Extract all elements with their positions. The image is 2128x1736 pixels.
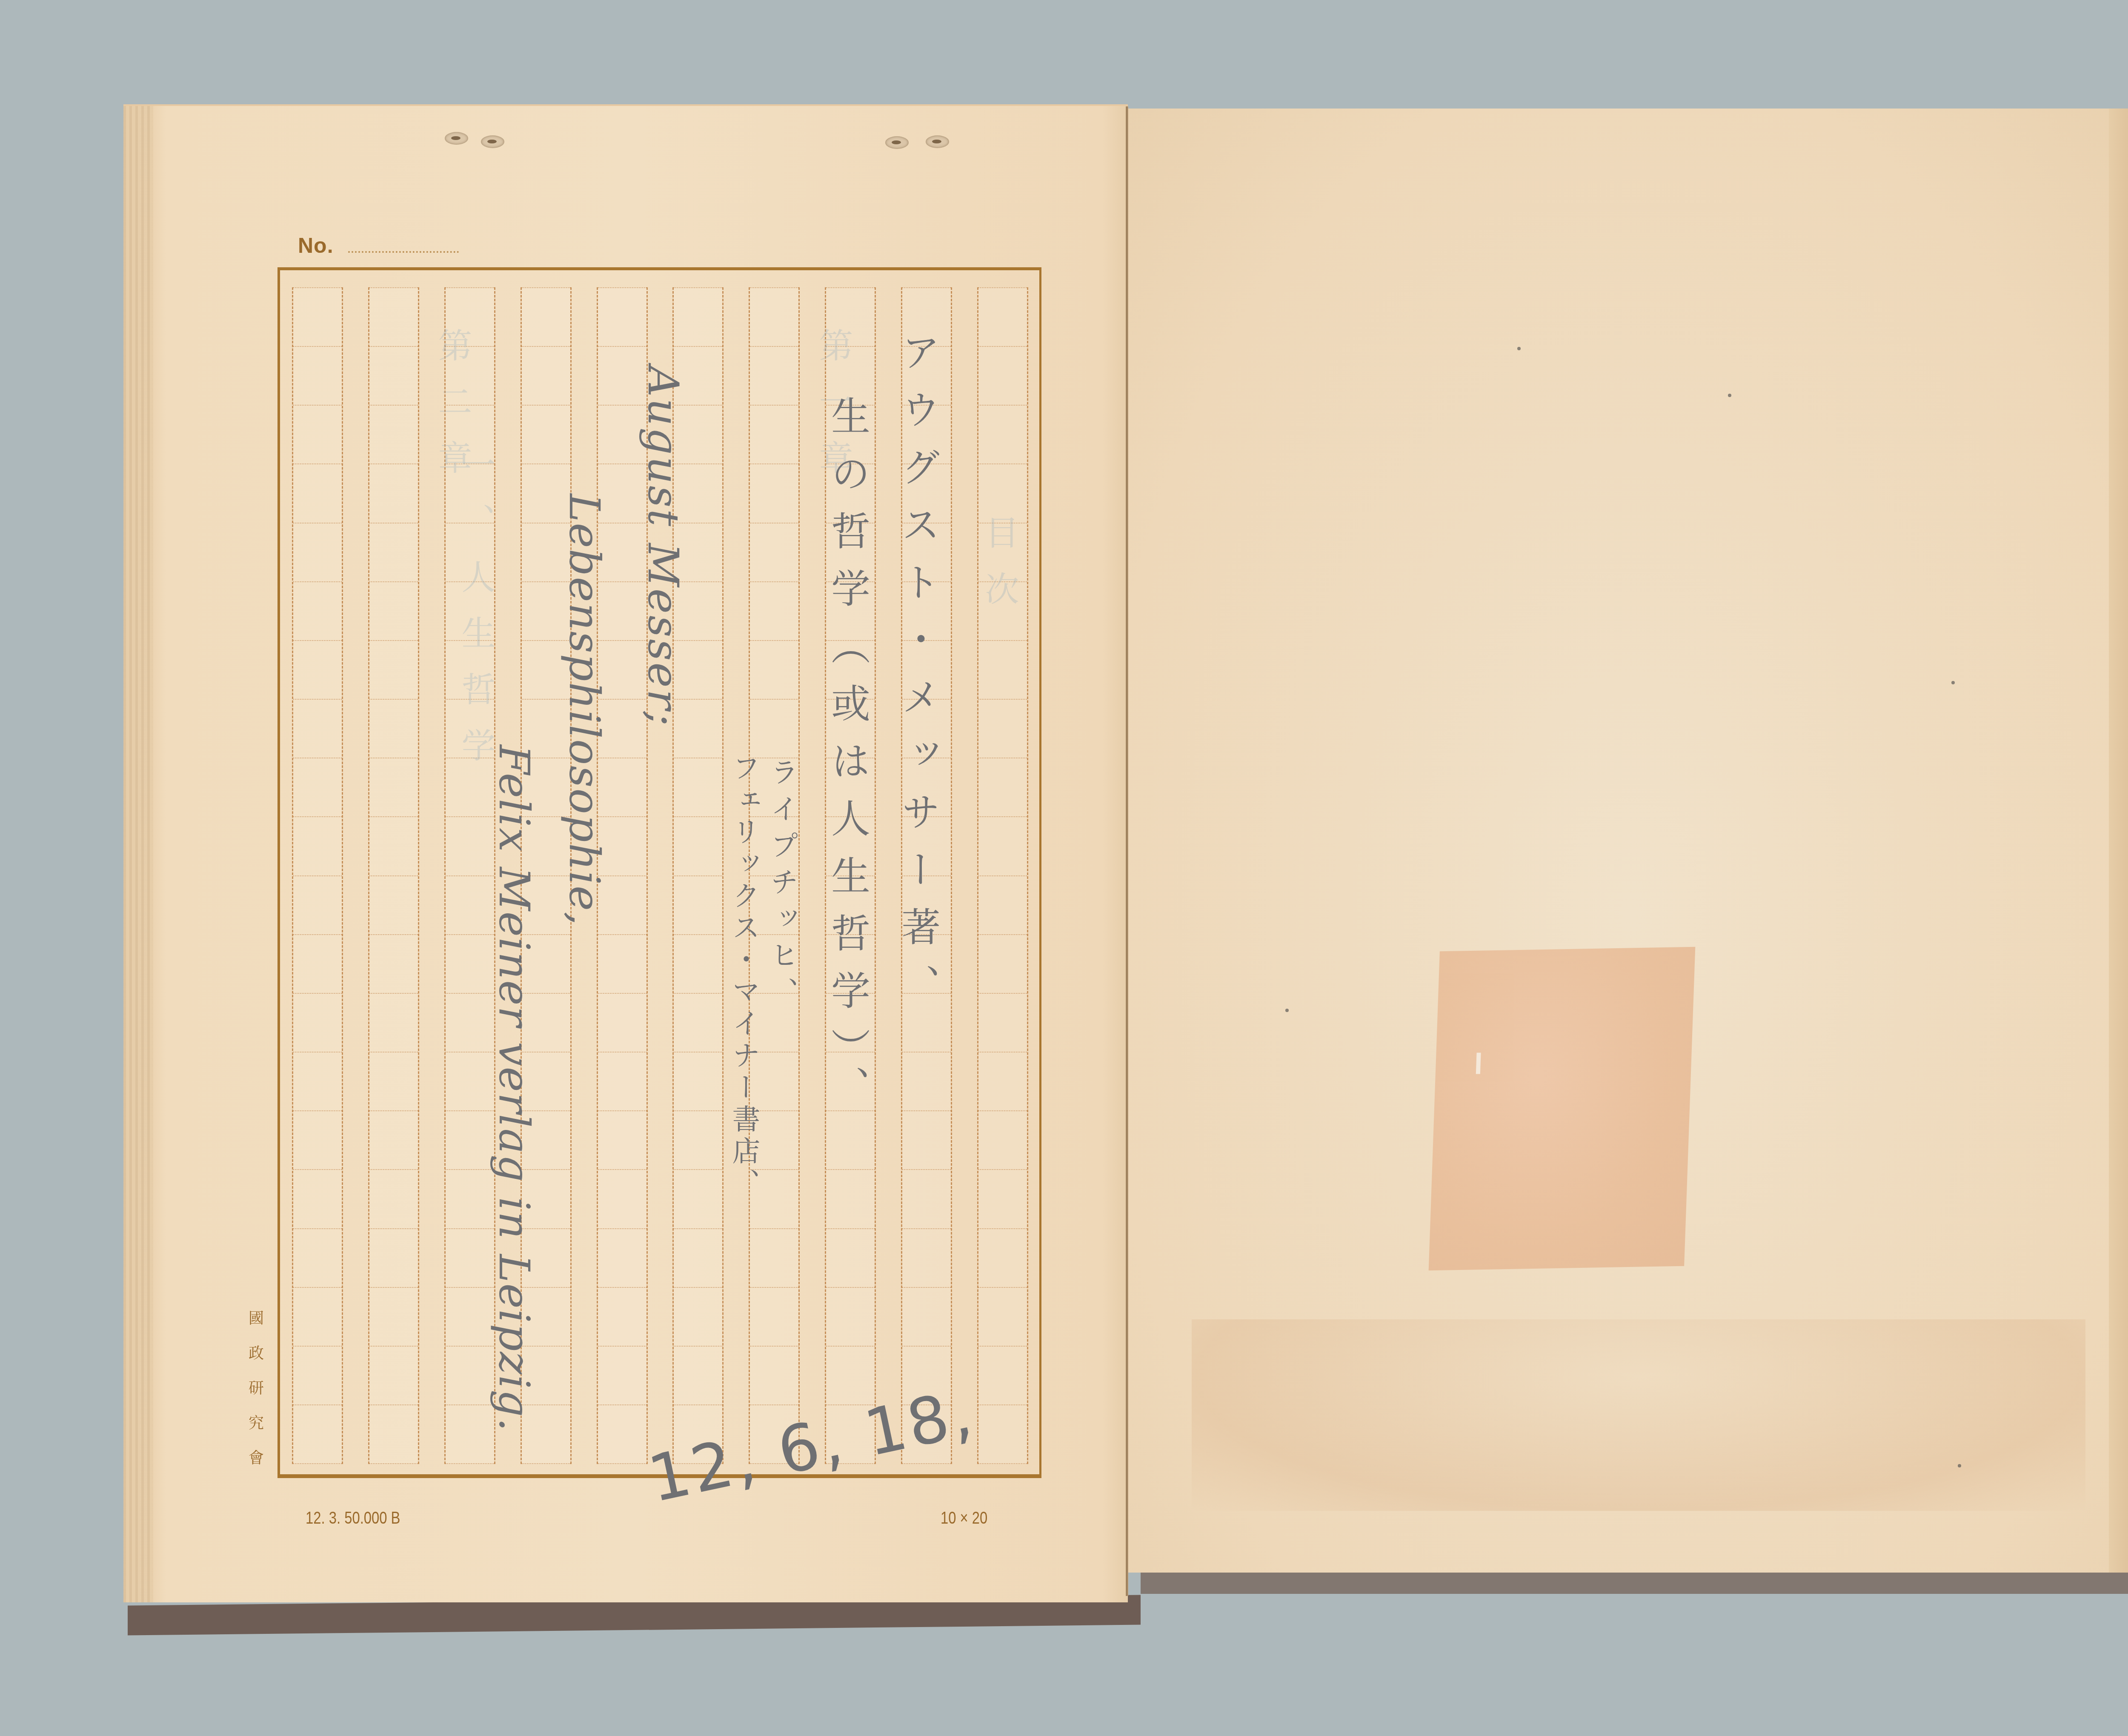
grid-cell <box>598 1228 646 1287</box>
grid-cell <box>978 287 1027 346</box>
grid-cell <box>522 287 570 346</box>
grid-cell <box>522 346 570 405</box>
grid-cell <box>674 816 722 875</box>
paper-speck <box>1951 681 1955 684</box>
grid-cell <box>293 1287 342 1346</box>
handwritten-city-jp: ライプチッヒ、 <box>762 758 802 1014</box>
handwritten-author-jp: アウグスト・メッサー著、 <box>890 332 946 1021</box>
grid-cell <box>446 1287 494 1346</box>
grid-cell <box>446 934 494 993</box>
grid-cell <box>674 875 722 934</box>
grid-cell <box>674 993 722 1052</box>
grid-cell <box>750 699 798 758</box>
binding-hole-icon <box>481 135 504 148</box>
grid-column <box>977 287 1028 1464</box>
grid-cell <box>674 1052 722 1110</box>
grid-cell <box>446 993 494 1052</box>
grid-cell <box>522 405 570 463</box>
grid-cell <box>293 581 342 640</box>
grid-cell <box>902 1228 951 1287</box>
handwritten-author-latin: August Messer; <box>638 366 688 727</box>
grid-cell <box>369 875 418 934</box>
grid-cell <box>369 523 418 581</box>
handwritten-title-jp: 生の哲学（或は人生哲学）、 <box>819 396 875 1123</box>
grid-cell <box>978 1052 1027 1110</box>
grid-cell <box>978 993 1027 1052</box>
grid-cell <box>750 346 798 405</box>
grid-cell <box>598 934 646 993</box>
handwritten-publisher-jp: フェリックス・マイナー書店、 <box>724 753 764 1200</box>
paper-speck <box>1728 394 1731 397</box>
grid-cell <box>293 1169 342 1228</box>
grid-cell <box>978 875 1027 934</box>
grid-cell <box>978 699 1027 758</box>
bleed-through-heading: 目次 <box>975 515 1024 627</box>
paper-speck <box>1958 1464 1961 1467</box>
grid-cell <box>978 1110 1027 1169</box>
right-fore-edge <box>2109 109 2128 1573</box>
bleed-through-text: 一、人生哲学 <box>451 447 500 784</box>
booklet-shadow-right <box>1141 1570 2128 1594</box>
grid-cell <box>978 640 1027 699</box>
grid-cell <box>902 1110 951 1169</box>
grid-column <box>368 287 419 1464</box>
grid-cell <box>369 934 418 993</box>
grid-cell <box>978 1287 1027 1346</box>
grid-cell <box>750 1287 798 1346</box>
handwritten-publisher-latin: Felix Meiner verlag in Leipzig. <box>489 745 539 1432</box>
handwritten-title-latin: Lebensphilosophie, <box>560 494 609 926</box>
binding-hole-icon <box>885 136 909 149</box>
grid-cell <box>369 1404 418 1464</box>
grid-cell <box>369 816 418 875</box>
grid-cell <box>598 1346 646 1404</box>
grid-cell <box>446 1169 494 1228</box>
grid-cell <box>750 1346 798 1404</box>
imprint-char: 究 <box>243 1406 269 1441</box>
grid-cell <box>750 640 798 699</box>
grid-cell <box>446 875 494 934</box>
grid-cell <box>750 405 798 463</box>
grid-cell <box>674 1110 722 1169</box>
grid-cell <box>674 1346 722 1404</box>
grid-cell <box>293 993 342 1052</box>
grid-cell <box>598 1169 646 1228</box>
grid-cell <box>598 1052 646 1110</box>
number-field-line <box>348 251 459 253</box>
grid-cell <box>369 699 418 758</box>
imprint-char: 會 <box>243 1441 269 1476</box>
grid-cell <box>293 758 342 816</box>
grid-cell <box>750 523 798 581</box>
grid-cell <box>293 875 342 934</box>
grid-cell <box>369 463 418 522</box>
grid-cell <box>293 523 342 581</box>
grid-cell <box>598 1110 646 1169</box>
grid-cell <box>978 463 1027 522</box>
grid-cell <box>902 1287 951 1346</box>
imprint-char: 研 <box>243 1371 269 1406</box>
grid-cell <box>369 405 418 463</box>
grid-cell <box>826 1228 875 1287</box>
grid-cell <box>293 699 342 758</box>
grid-cell <box>978 1228 1027 1287</box>
grid-cell <box>978 405 1027 463</box>
grid-cell <box>598 287 646 346</box>
grid-cell <box>369 1346 418 1404</box>
grid-cell <box>446 1346 494 1404</box>
grid-cell <box>369 640 418 699</box>
left-fore-edge <box>123 106 153 1602</box>
grid-cell <box>293 287 342 346</box>
imprint-char: 政 <box>243 1336 269 1371</box>
grid-cell <box>978 1404 1027 1464</box>
grid-cell <box>369 1169 418 1228</box>
grid-cell <box>293 1404 342 1464</box>
grid-cell <box>750 287 798 346</box>
grid-cell <box>293 1228 342 1287</box>
book-gutter <box>1126 106 1128 1596</box>
grid-cell <box>902 1169 951 1228</box>
grid-cell <box>369 346 418 405</box>
grid-cell <box>369 287 418 346</box>
grid-cell <box>369 1228 418 1287</box>
grid-cell <box>446 1110 494 1169</box>
grid-cell <box>293 934 342 993</box>
grid-cell <box>369 993 418 1052</box>
grid-column <box>292 287 343 1464</box>
grid-cell <box>674 287 722 346</box>
grid-cell <box>674 758 722 816</box>
grid-cell <box>978 816 1027 875</box>
grid-cell <box>369 581 418 640</box>
grid-cell <box>369 1287 418 1346</box>
grid-cell <box>978 934 1027 993</box>
grid-cell <box>293 346 342 405</box>
grid-cell <box>826 1169 875 1228</box>
grid-cell <box>446 1052 494 1110</box>
rectangular-stain <box>1429 947 1696 1270</box>
number-label: No. <box>298 233 334 258</box>
grid-cell <box>446 1404 494 1464</box>
grid-cell <box>750 463 798 522</box>
grid-cell <box>674 1169 722 1228</box>
grid-cell <box>674 934 722 993</box>
binding-hole-icon <box>926 135 949 148</box>
grid-cell <box>826 1346 875 1404</box>
grid-cell <box>293 1346 342 1404</box>
grid-cell <box>293 640 342 699</box>
grid-cell <box>293 1110 342 1169</box>
grid-cell <box>598 993 646 1052</box>
footer-print-code: 12. 3. 50.000 B <box>306 1509 400 1528</box>
grid-cell <box>978 1169 1027 1228</box>
water-stain <box>1192 1319 2085 1511</box>
paper-speck <box>1517 347 1521 350</box>
grid-cell <box>598 1404 646 1464</box>
grid-cell <box>293 463 342 522</box>
grid-cell <box>750 1228 798 1287</box>
grid-cell <box>674 1287 722 1346</box>
binding-hole-icon <box>445 132 468 145</box>
grid-cell <box>369 758 418 816</box>
publisher-imprint: 國 政 研 究 會 <box>243 1301 269 1476</box>
footer-grid-size: 10 × 20 <box>941 1509 987 1528</box>
imprint-char: 國 <box>243 1301 269 1336</box>
grid-cell <box>293 816 342 875</box>
bleed-through-text: 第二章 <box>428 328 477 496</box>
paper-speck <box>1285 1009 1289 1012</box>
grid-cell <box>978 758 1027 816</box>
grid-cell <box>293 1052 342 1110</box>
grid-cell <box>293 405 342 463</box>
grid-cell <box>750 581 798 640</box>
grid-cell <box>674 1228 722 1287</box>
grid-cell <box>446 816 494 875</box>
grid-cell <box>446 1228 494 1287</box>
grid-cell <box>978 346 1027 405</box>
grid-cell <box>978 1346 1027 1404</box>
grid-cell <box>826 1287 875 1346</box>
grid-cell <box>598 1287 646 1346</box>
grid-cell <box>369 1052 418 1110</box>
grid-cell <box>902 1052 951 1110</box>
grid-cell <box>369 1110 418 1169</box>
